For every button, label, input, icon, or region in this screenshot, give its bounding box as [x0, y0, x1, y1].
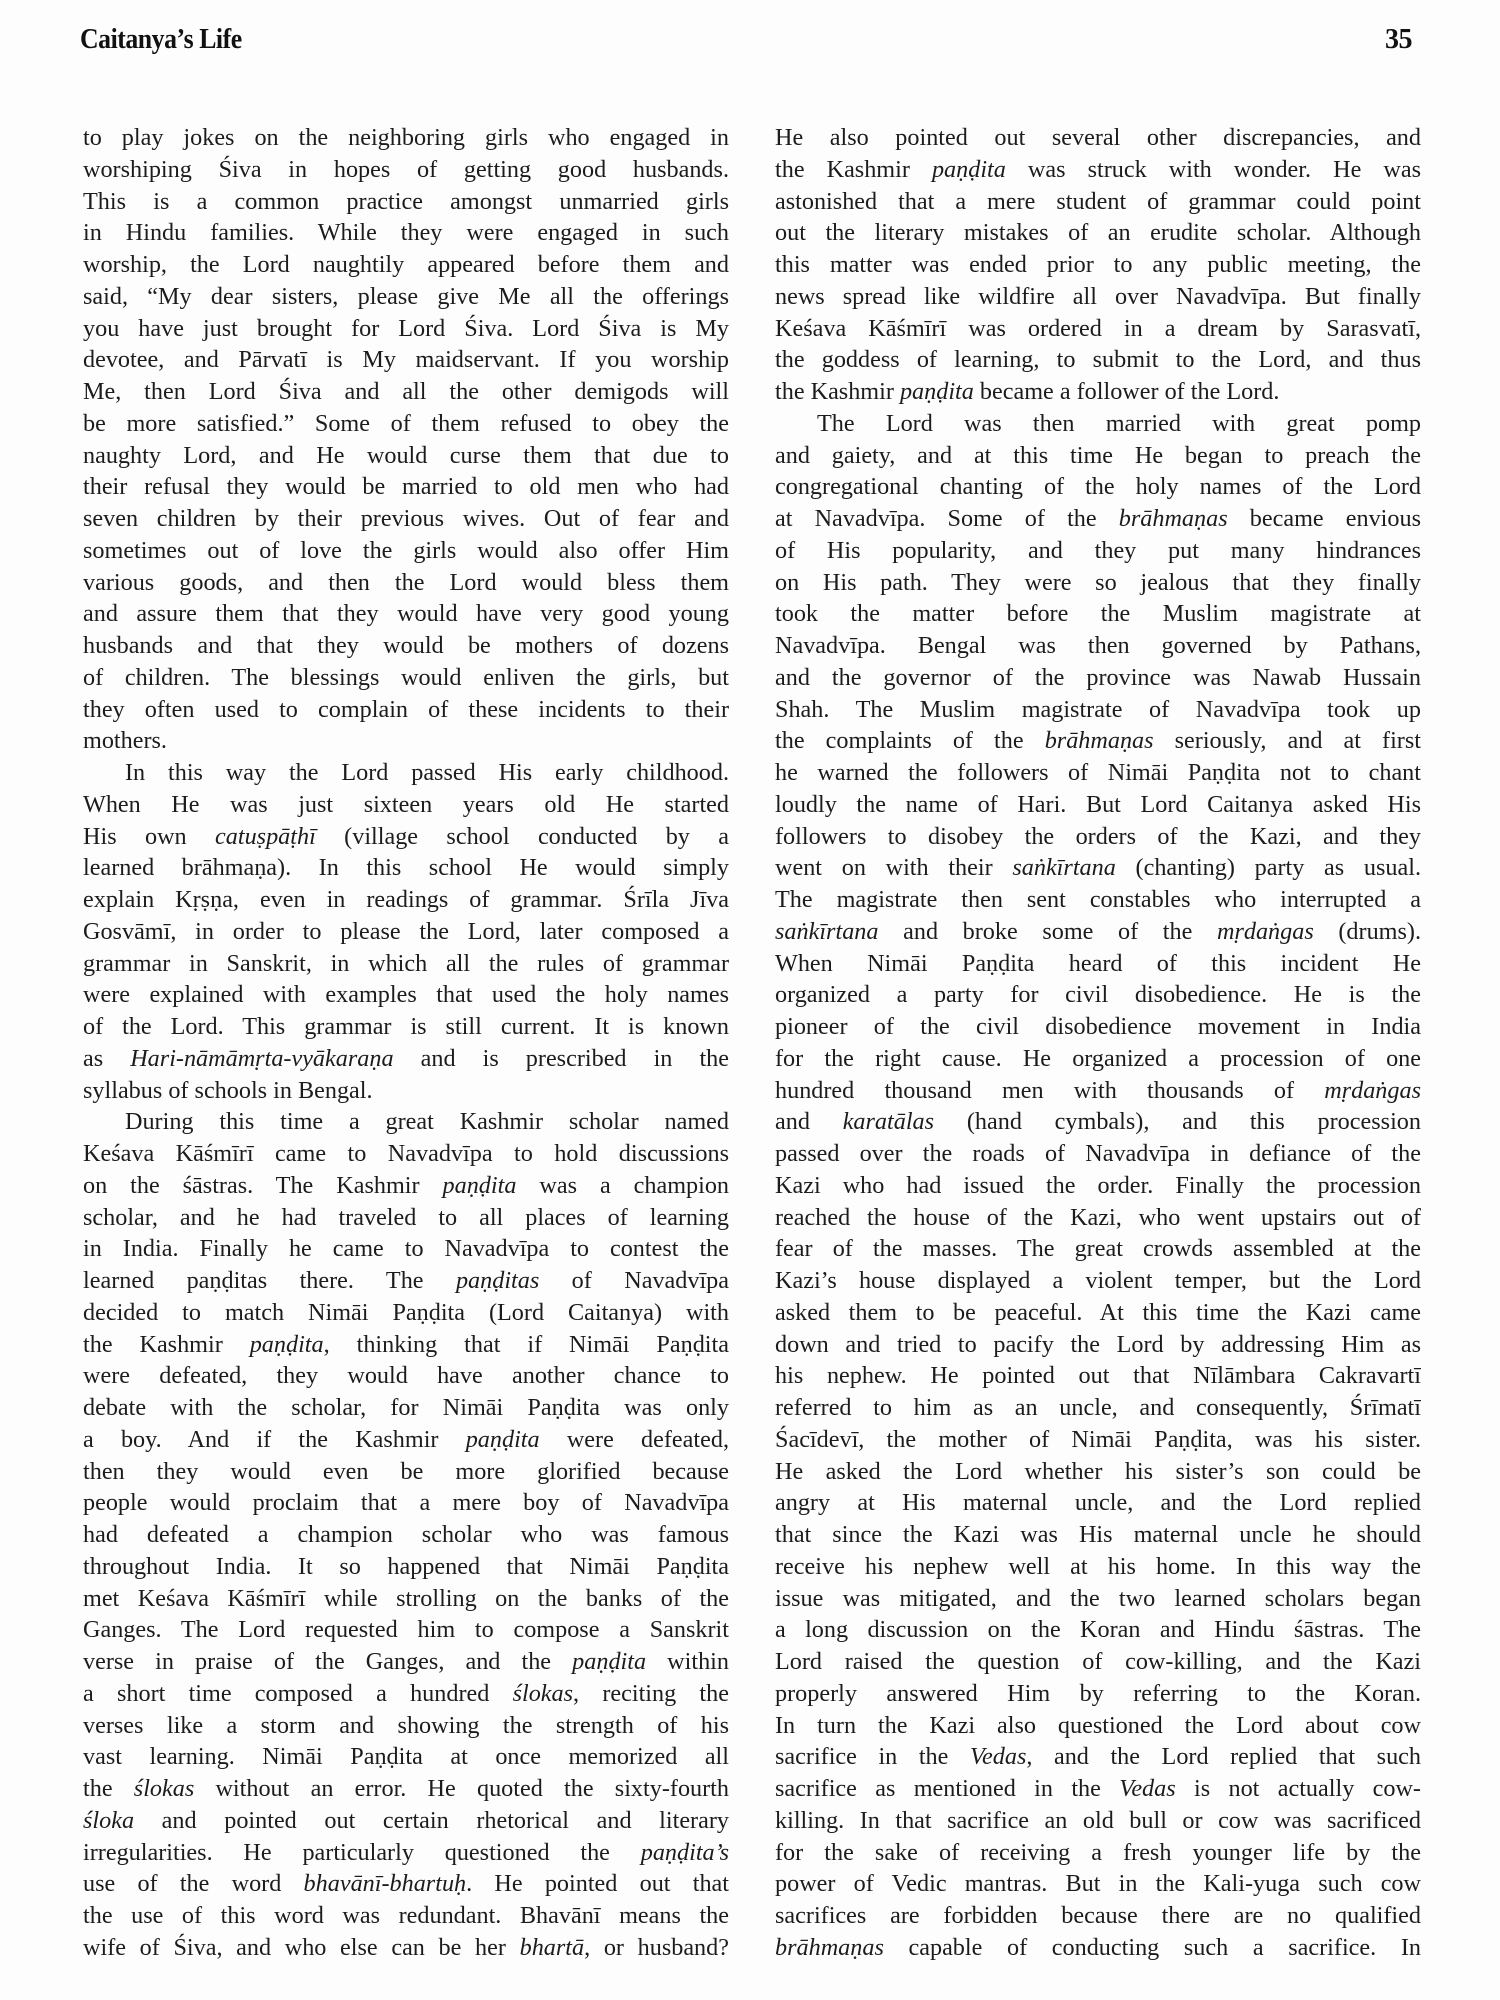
text-run: down and tried to pacify the Lord by add… — [775, 1331, 1421, 1358]
text-run: and assure them that they would have ver… — [83, 600, 729, 627]
text-line: then they would even be more glorified b… — [83, 1456, 729, 1488]
italic-term: Vedas — [1119, 1775, 1175, 1802]
text-run: had defeated a champion scholar who was … — [83, 1521, 729, 1548]
italic-term: brāhmaṇas — [1119, 505, 1228, 532]
text-run: the use of this word was redundant. Bhav… — [83, 1902, 729, 1929]
text-run: In this way the Lord passed His early ch… — [125, 759, 729, 786]
text-line: sacrifice as mentioned in the Vedas is n… — [775, 1773, 1421, 1805]
text-run: Shah. The Muslim magistrate of Navadvīpa… — [775, 696, 1421, 723]
text-line: syllabus of schools in Bengal. — [83, 1075, 729, 1107]
text-run: explain Kṛṣṇa, even in readings of gramm… — [83, 886, 729, 913]
text-line: referred to him as an uncle, and consequ… — [775, 1392, 1421, 1424]
text-line: decided to match Nimāi Paṇḍita (Lord Cai… — [83, 1297, 729, 1329]
text-run: sacrifice in the — [775, 1743, 970, 1770]
text-run: took the matter before the Muslim magist… — [775, 600, 1421, 627]
text-run: the — [83, 1775, 134, 1802]
text-run: angry at His maternal uncle, and the Lor… — [775, 1489, 1421, 1516]
text-run: vast learning. Nimāi Paṇḍita at once mem… — [83, 1743, 729, 1770]
text-run: loudly the name of Hari. But Lord Caitan… — [775, 791, 1421, 818]
text-run: he warned the followers of Nimāi Paṇḍita… — [775, 759, 1421, 786]
italic-term: saṅkīrtana — [775, 918, 878, 945]
text-run: became envious — [1228, 505, 1421, 532]
text-run: were defeated, — [540, 1426, 729, 1453]
text-run: met Keśava Kāśmīrī while strolling on th… — [83, 1585, 729, 1612]
text-line: were explained with examples that used t… — [83, 979, 729, 1011]
text-run: Kazi who had issued the order. Finally t… — [775, 1172, 1421, 1199]
text-run: referred to him as an uncle, and consequ… — [775, 1394, 1421, 1421]
italic-term: paṇḍita — [572, 1648, 646, 1675]
italic-term: paṇḍita — [443, 1172, 517, 1199]
left-text-column: to play jokes on the neighboring girls w… — [83, 122, 729, 1964]
text-line: passed over the roads of Navadvīpa in de… — [775, 1138, 1421, 1170]
text-run: syllabus of schools in Bengal. — [83, 1077, 373, 1104]
text-run: fear of the masses. The great crowds ass… — [775, 1235, 1421, 1262]
text-run: at Navadvīpa. Some of the — [775, 505, 1119, 532]
text-line: His own catuṣpāṭhī (village school condu… — [83, 821, 729, 853]
text-run: During this time a great Kashmir scholar… — [125, 1108, 729, 1135]
text-line: his nephew. He pointed out that Nīlāmbar… — [775, 1360, 1421, 1392]
text-line: met Keśava Kāśmīrī while strolling on th… — [83, 1583, 729, 1615]
text-run: and the governor of the province was Naw… — [775, 664, 1421, 691]
text-run: and is prescribed in the — [394, 1045, 729, 1072]
italic-term: paṇḍita — [900, 378, 974, 405]
text-line: of children. The blessings would enliven… — [83, 662, 729, 694]
text-run: on the śāstras. The Kashmir — [83, 1172, 443, 1199]
text-line: the use of this word was redundant. Bhav… — [83, 1900, 729, 1932]
text-run: hundred thousand men with thousands of — [775, 1077, 1324, 1104]
text-line: various goods, and then the Lord would b… — [83, 567, 729, 599]
text-line: wife of Śiva, and who else can be her bh… — [83, 1932, 729, 1964]
text-line: the Kashmir paṇḍita, thinking that if Ni… — [83, 1329, 729, 1361]
text-line: a short time composed a hundred ślokas, … — [83, 1678, 729, 1710]
text-run: that since the Kazi was His maternal unc… — [775, 1521, 1421, 1548]
text-run: people would proclaim that a mere boy of… — [83, 1489, 729, 1516]
text-run: seriously, and at first — [1154, 727, 1421, 754]
text-run: a boy. And if the Kashmir — [83, 1426, 466, 1453]
text-run: killing. In that sacrifice an old bull o… — [775, 1807, 1421, 1834]
text-line: The Lord was then married with great pom… — [775, 408, 1421, 440]
text-run: their refusal they would be married to o… — [83, 473, 729, 500]
text-run: passed over the roads of Navadvīpa in de… — [775, 1140, 1421, 1167]
text-run: issue was mitigated, and the two learned… — [775, 1585, 1421, 1612]
text-run: be more satisfied.” Some of them refused… — [83, 410, 729, 437]
text-run: Keśava Kāśmīrī came to Navadvīpa to hold… — [83, 1140, 729, 1167]
italic-term: paṇḍita — [250, 1331, 324, 1358]
text-line: and the governor of the province was Naw… — [775, 662, 1421, 694]
text-run: Keśava Kāśmīrī was ordered in a dream by… — [775, 315, 1421, 342]
text-line: learned paṇḍitas there. The paṇḍitas of … — [83, 1265, 729, 1297]
text-line: the ślokas without an error. He quoted t… — [83, 1773, 729, 1805]
chapter-title: Caitanya’s Life — [80, 24, 242, 56]
text-line: receive his nephew well at his home. In … — [775, 1551, 1421, 1583]
text-line: throughout India. It so happened that Ni… — [83, 1551, 729, 1583]
text-line: this matter was ended prior to any publi… — [775, 249, 1421, 281]
text-run: , reciting the — [573, 1680, 729, 1707]
text-line: you have just brought for Lord Śiva. Lor… — [83, 313, 729, 345]
text-run: to play jokes on the neighboring girls w… — [83, 124, 729, 151]
text-line: The magistrate then sent constables who … — [775, 884, 1421, 916]
text-run: the goddess of learning, to submit to th… — [775, 346, 1421, 373]
text-line: properly answered Him by referring to th… — [775, 1678, 1421, 1710]
text-line: killing. In that sacrifice an old bull o… — [775, 1805, 1421, 1837]
text-line: verse in praise of the Ganges, and the p… — [83, 1646, 729, 1678]
text-line: During this time a great Kashmir scholar… — [83, 1106, 729, 1138]
text-line: mothers. — [83, 725, 729, 757]
text-line: In turn the Kazi also questioned the Lor… — [775, 1710, 1421, 1742]
text-line: Keśava Kāśmīrī was ordered in a dream by… — [775, 313, 1421, 345]
text-run: His own — [83, 823, 215, 850]
italic-term: ślokas — [134, 1775, 194, 1802]
book-page: Caitanya’s Life 35 to play jokes on the … — [0, 0, 1500, 2000]
right-text-column: He also pointed out several other discre… — [775, 122, 1421, 1964]
text-run: grammar in Sanskrit, in which all the ru… — [83, 950, 729, 977]
italic-term: brāhmaṇas — [775, 1934, 884, 1961]
text-line: In this way the Lord passed His early ch… — [83, 757, 729, 789]
text-run: scholar, and he had traveled to all plac… — [83, 1204, 729, 1231]
text-run: , or husband? — [584, 1934, 729, 1961]
text-run: they often used to complain of these inc… — [83, 696, 729, 723]
text-run: various goods, and then the Lord would b… — [83, 569, 729, 596]
text-run: and gaiety, and at this time He began to… — [775, 442, 1421, 469]
text-run: was struck with wonder. He was — [1006, 156, 1421, 183]
text-run: became a follower of the Lord. — [974, 378, 1280, 405]
text-run: within — [646, 1648, 729, 1675]
text-line: followers to disobey the orders of the K… — [775, 821, 1421, 853]
text-line: at Navadvīpa. Some of the brāhmaṇas beca… — [775, 503, 1421, 535]
text-line: he warned the followers of Nimāi Paṇḍita… — [775, 757, 1421, 789]
italic-term: paṇḍita — [932, 156, 1006, 183]
text-run: in Hindu families. While they were engag… — [83, 219, 729, 246]
text-line: When He was just sixteen years old He st… — [83, 789, 729, 821]
text-run: wife of Śiva, and who else can be her — [83, 1934, 520, 1961]
text-run: naughty Lord, and He would curse them th… — [83, 442, 729, 469]
text-line: and karatālas (hand cymbals), and this p… — [775, 1106, 1421, 1138]
text-run: and broke some of the — [878, 918, 1217, 945]
text-run: was a champion — [516, 1172, 729, 1199]
text-line: sometimes out of love the girls would al… — [83, 535, 729, 567]
text-line: learned brāhmaṇa). In this school He wou… — [83, 852, 729, 884]
text-line: This is a common practice amongst unmarr… — [83, 186, 729, 218]
text-run: astonished that a mere student of gramma… — [775, 188, 1421, 215]
text-run: this matter was ended prior to any publi… — [775, 251, 1421, 278]
text-line: down and tried to pacify the Lord by add… — [775, 1329, 1421, 1361]
text-run: a long discussion on the Koran and Hindu… — [775, 1616, 1421, 1643]
italic-term: paṇḍita’s — [641, 1839, 729, 1866]
text-run: Me, then Lord Śiva and all the other dem… — [83, 378, 729, 405]
text-line: grammar in Sanskrit, in which all the ru… — [83, 948, 729, 980]
text-run: congregational chanting of the holy name… — [775, 473, 1421, 500]
text-line: they often used to complain of these inc… — [83, 694, 729, 726]
text-line: for the sake of receiving a fresh younge… — [775, 1837, 1421, 1869]
text-line: out the literary mistakes of an erudite … — [775, 217, 1421, 249]
italic-term: saṅkīrtana — [1012, 854, 1115, 881]
text-line: on the śāstras. The Kashmir paṇḍita was … — [83, 1170, 729, 1202]
text-run: his nephew. He pointed out that Nīlāmbar… — [775, 1362, 1421, 1389]
text-line: for the right cause. He organized a proc… — [775, 1043, 1421, 1075]
text-line: their refusal they would be married to o… — [83, 471, 729, 503]
text-run: without an error. He quoted the sixty-fo… — [194, 1775, 729, 1802]
text-line: power of Vedic mantras. But in the Kali-… — [775, 1868, 1421, 1900]
text-line: reached the house of the Kazi, who went … — [775, 1202, 1421, 1234]
text-run: Lord raised the question of cow-killing,… — [775, 1648, 1421, 1675]
italic-term: mṛdaṅgas — [1324, 1077, 1421, 1104]
text-line: said, “My dear sisters, please give Me a… — [83, 281, 729, 313]
text-run: a short time composed a hundred — [83, 1680, 513, 1707]
text-line: of the Lord. This grammar is still curre… — [83, 1011, 729, 1043]
page-number: 35 — [1385, 24, 1412, 56]
text-line: irregularities. He particularly question… — [83, 1837, 729, 1869]
text-line: When Nimāi Paṇḍita heard of this inciden… — [775, 948, 1421, 980]
text-run: receive his nephew well at his home. In … — [775, 1553, 1421, 1580]
text-line: explain Kṛṣṇa, even in readings of gramm… — [83, 884, 729, 916]
text-line: a boy. And if the Kashmir paṇḍita were d… — [83, 1424, 729, 1456]
text-line: astonished that a mere student of gramma… — [775, 186, 1421, 218]
italic-term: ślokas — [513, 1680, 573, 1707]
text-run: were explained with examples that used t… — [83, 981, 729, 1008]
text-run: sometimes out of love the girls would al… — [83, 537, 729, 564]
italic-term: brāhmaṇas — [1045, 727, 1154, 754]
text-line: vast learning. Nimāi Paṇḍita at once mem… — [83, 1741, 729, 1773]
text-run: power of Vedic mantras. But in the Kali-… — [775, 1870, 1421, 1897]
text-line: the complaints of the brāhmaṇas seriousl… — [775, 725, 1421, 757]
text-run: seven children by their previous wives. … — [83, 505, 729, 532]
text-line: He asked the Lord whether his sister’s s… — [775, 1456, 1421, 1488]
text-run: , and the Lord replied that such — [1026, 1743, 1421, 1770]
italic-term: catuṣpāṭhī — [215, 823, 316, 850]
text-run: out the literary mistakes of an erudite … — [775, 219, 1421, 246]
text-line: scholar, and he had traveled to all plac… — [83, 1202, 729, 1234]
text-line: Shah. The Muslim magistrate of Navadvīpa… — [775, 694, 1421, 726]
text-run: of His popularity, and they put many hin… — [775, 537, 1421, 564]
italic-term: bhavānī-bhartuḥ — [304, 1870, 467, 1897]
text-run: (hand cymbals), and this procession — [934, 1108, 1421, 1135]
text-run: debate with the scholar, for Nimāi Paṇḍi… — [83, 1394, 729, 1421]
text-run: of the Lord. This grammar is still curre… — [83, 1013, 729, 1040]
text-line: as Hari-nāmāmṛta-vyākaraṇa and is prescr… — [83, 1043, 729, 1075]
text-line: on His path. They were so jealous that t… — [775, 567, 1421, 599]
text-line: use of the word bhavānī-bhartuḥ. He poin… — [83, 1868, 729, 1900]
text-line: fear of the masses. The great crowds ass… — [775, 1233, 1421, 1265]
text-line: people would proclaim that a mere boy of… — [83, 1487, 729, 1519]
text-run: The Lord was then married with great pom… — [817, 410, 1421, 437]
italic-term: Hari-nāmāmṛta-vyākaraṇa — [130, 1045, 393, 1072]
text-line: śloka and pointed out certain rhetorical… — [83, 1805, 729, 1837]
text-run: verse in praise of the Ganges, and the — [83, 1648, 572, 1675]
running-head: Caitanya’s Life 35 — [80, 24, 1420, 64]
text-line: asked them to be peaceful. At this time … — [775, 1297, 1421, 1329]
text-run: and pointed out certain rhetorical and l… — [134, 1807, 729, 1834]
text-line: Navadvīpa. Bengal was then governed by P… — [775, 630, 1421, 662]
text-line: angry at His maternal uncle, and the Lor… — [775, 1487, 1421, 1519]
text-line: congregational chanting of the holy name… — [775, 471, 1421, 503]
text-run: then they would even be more glorified b… — [83, 1458, 729, 1485]
text-run: Śacīdevī, the mother of Nimāi Paṇḍita, w… — [775, 1426, 1421, 1453]
text-run: of children. The blessings would enliven… — [83, 664, 729, 691]
text-run: the Kashmir — [83, 1331, 250, 1358]
text-run: husbands and that they would be mothers … — [83, 632, 729, 659]
text-run: for the sake of receiving a fresh younge… — [775, 1839, 1421, 1866]
text-line: went on with their saṅkīrtana (chanting)… — [775, 852, 1421, 884]
text-line: Me, then Lord Śiva and all the other dem… — [83, 376, 729, 408]
text-run: asked them to be peaceful. At this time … — [775, 1299, 1421, 1326]
text-run: He also pointed out several other discre… — [775, 124, 1421, 151]
text-line: brāhmaṇas capable of conducting such a s… — [775, 1932, 1421, 1964]
text-line: a long discussion on the Koran and Hindu… — [775, 1614, 1421, 1646]
text-run: pioneer of the civil disobedience moveme… — [775, 1013, 1421, 1040]
text-run: news spread like wildfire all over Navad… — [775, 283, 1421, 310]
text-run: use of the word — [83, 1870, 304, 1897]
text-run: of Navadvīpa — [539, 1267, 729, 1294]
text-line: worshiping Śiva in hopes of getting good… — [83, 154, 729, 186]
text-line: loudly the name of Hari. But Lord Caitan… — [775, 789, 1421, 821]
text-run: Gosvāmī, in order to please the Lord, la… — [83, 918, 729, 945]
text-line: in India. Finally he came to Navadvīpa t… — [83, 1233, 729, 1265]
text-line: Ganges. The Lord requested him to compos… — [83, 1614, 729, 1646]
text-run: . He pointed out that — [466, 1870, 729, 1897]
text-run: you have just brought for Lord Śiva. Lor… — [83, 315, 729, 342]
text-run: mothers. — [83, 727, 167, 754]
text-run: verses like a storm and showing the stre… — [83, 1712, 729, 1739]
text-run: When He was just sixteen years old He st… — [83, 791, 729, 818]
text-line: and gaiety, and at this time He began to… — [775, 440, 1421, 472]
text-line: husbands and that they would be mothers … — [83, 630, 729, 662]
text-line: of His popularity, and they put many hin… — [775, 535, 1421, 567]
text-run: When Nimāi Paṇḍita heard of this inciden… — [775, 950, 1421, 977]
text-run: is not actually cow- — [1176, 1775, 1421, 1802]
text-run: worship, the Lord naughtily appeared bef… — [83, 251, 729, 278]
text-run: followers to disobey the orders of the K… — [775, 823, 1421, 850]
text-run: the complaints of the — [775, 727, 1045, 754]
text-line: news spread like wildfire all over Navad… — [775, 281, 1421, 313]
text-run: learned brāhmaṇa). In this school He wou… — [83, 854, 729, 881]
text-run: organized a party for civil disobedience… — [775, 981, 1421, 1008]
text-line: were defeated, they would have another c… — [83, 1360, 729, 1392]
text-line: He also pointed out several other discre… — [775, 122, 1421, 154]
text-line: Śacīdevī, the mother of Nimāi Paṇḍita, w… — [775, 1424, 1421, 1456]
text-run: The magistrate then sent constables who … — [775, 886, 1421, 913]
text-run: decided to match Nimāi Paṇḍita (Lord Cai… — [83, 1299, 729, 1326]
text-run: sacrifice as mentioned in the — [775, 1775, 1119, 1802]
text-line: that since the Kazi was His maternal unc… — [775, 1519, 1421, 1551]
text-line: pioneer of the civil disobedience moveme… — [775, 1011, 1421, 1043]
text-line: worship, the Lord naughtily appeared bef… — [83, 249, 729, 281]
text-run: learned paṇḍitas there. The — [83, 1267, 456, 1294]
italic-term: mṛdaṅgas — [1217, 918, 1314, 945]
text-line: and assure them that they would have ver… — [83, 598, 729, 630]
text-line: the goddess of learning, to submit to th… — [775, 344, 1421, 376]
text-run: (village school conducted by a — [316, 823, 729, 850]
text-run: Navadvīpa. Bengal was then governed by P… — [775, 632, 1421, 659]
text-run: Kazi’s house displayed a violent temper,… — [775, 1267, 1421, 1294]
italic-term: bhartā — [520, 1934, 585, 1961]
text-line: sacrifice in the Vedas, and the Lord rep… — [775, 1741, 1421, 1773]
text-line: Kazi who had issued the order. Finally t… — [775, 1170, 1421, 1202]
text-run: worshiping Śiva in hopes of getting good… — [83, 156, 729, 183]
text-line: Gosvāmī, in order to please the Lord, la… — [83, 916, 729, 948]
text-run: Ganges. The Lord requested him to compos… — [83, 1616, 729, 1643]
text-line: Lord raised the question of cow-killing,… — [775, 1646, 1421, 1678]
text-line: to play jokes on the neighboring girls w… — [83, 122, 729, 154]
text-line: verses like a storm and showing the stre… — [83, 1710, 729, 1742]
text-run: , thinking that if Nimāi Paṇḍita — [324, 1331, 729, 1358]
text-line: hundred thousand men with thousands of m… — [775, 1075, 1421, 1107]
text-run: (chanting) party as usual. — [1116, 854, 1421, 881]
text-run: properly answered Him by referring to th… — [775, 1680, 1421, 1707]
italic-term: Vedas — [970, 1743, 1026, 1770]
text-run: throughout India. It so happened that Ni… — [83, 1553, 729, 1580]
text-run: on His path. They were so jealous that t… — [775, 569, 1421, 596]
text-run: This is a common practice amongst unmarr… — [83, 188, 729, 215]
text-line: Kazi’s house displayed a violent temper,… — [775, 1265, 1421, 1297]
text-line: saṅkīrtana and broke some of the mṛdaṅga… — [775, 916, 1421, 948]
text-line: seven children by their previous wives. … — [83, 503, 729, 535]
text-line: the Kashmir paṇḍita was struck with wond… — [775, 154, 1421, 186]
text-run: as — [83, 1045, 130, 1072]
text-line: naughty Lord, and He would curse them th… — [83, 440, 729, 472]
text-line: had defeated a champion scholar who was … — [83, 1519, 729, 1551]
text-run: In turn the Kazi also questioned the Lor… — [775, 1712, 1421, 1739]
text-line: the Kashmir paṇḍita became a follower of… — [775, 376, 1421, 408]
text-line: devotee, and Pārvatī is My maidservant. … — [83, 344, 729, 376]
italic-term: paṇḍita — [466, 1426, 540, 1453]
text-run: the Kashmir — [775, 156, 932, 183]
text-run: and — [775, 1108, 843, 1135]
text-run: for the right cause. He organized a proc… — [775, 1045, 1421, 1072]
text-run: (drums). — [1314, 918, 1421, 945]
text-line: Keśava Kāśmīrī came to Navadvīpa to hold… — [83, 1138, 729, 1170]
text-run: in India. Finally he came to Navadvīpa t… — [83, 1235, 729, 1262]
italic-term: karatālas — [843, 1108, 934, 1135]
text-line: issue was mitigated, and the two learned… — [775, 1583, 1421, 1615]
text-line: be more satisfied.” Some of them refused… — [83, 408, 729, 440]
text-run: capable of conducting such a sacrifice. … — [884, 1934, 1421, 1961]
text-line: organized a party for civil disobedience… — [775, 979, 1421, 1011]
text-line: debate with the scholar, for Nimāi Paṇḍi… — [83, 1392, 729, 1424]
text-line: took the matter before the Muslim magist… — [775, 598, 1421, 630]
italic-term: paṇḍitas — [456, 1267, 539, 1294]
text-run: said, “My dear sisters, please give Me a… — [83, 283, 729, 310]
text-run: sacrifices are forbidden because there a… — [775, 1902, 1421, 1929]
text-run: irregularities. He particularly question… — [83, 1839, 641, 1866]
text-run: were defeated, they would have another c… — [83, 1362, 729, 1389]
italic-term: śloka — [83, 1807, 134, 1834]
text-run: went on with their — [775, 854, 1012, 881]
text-line: in Hindu families. While they were engag… — [83, 217, 729, 249]
text-line: sacrifices are forbidden because there a… — [775, 1900, 1421, 1932]
text-run: the Kashmir — [775, 378, 900, 405]
text-run: devotee, and Pārvatī is My maidservant. … — [83, 346, 729, 373]
text-run: He asked the Lord whether his sister’s s… — [775, 1458, 1421, 1485]
text-run: reached the house of the Kazi, who went … — [775, 1204, 1421, 1231]
